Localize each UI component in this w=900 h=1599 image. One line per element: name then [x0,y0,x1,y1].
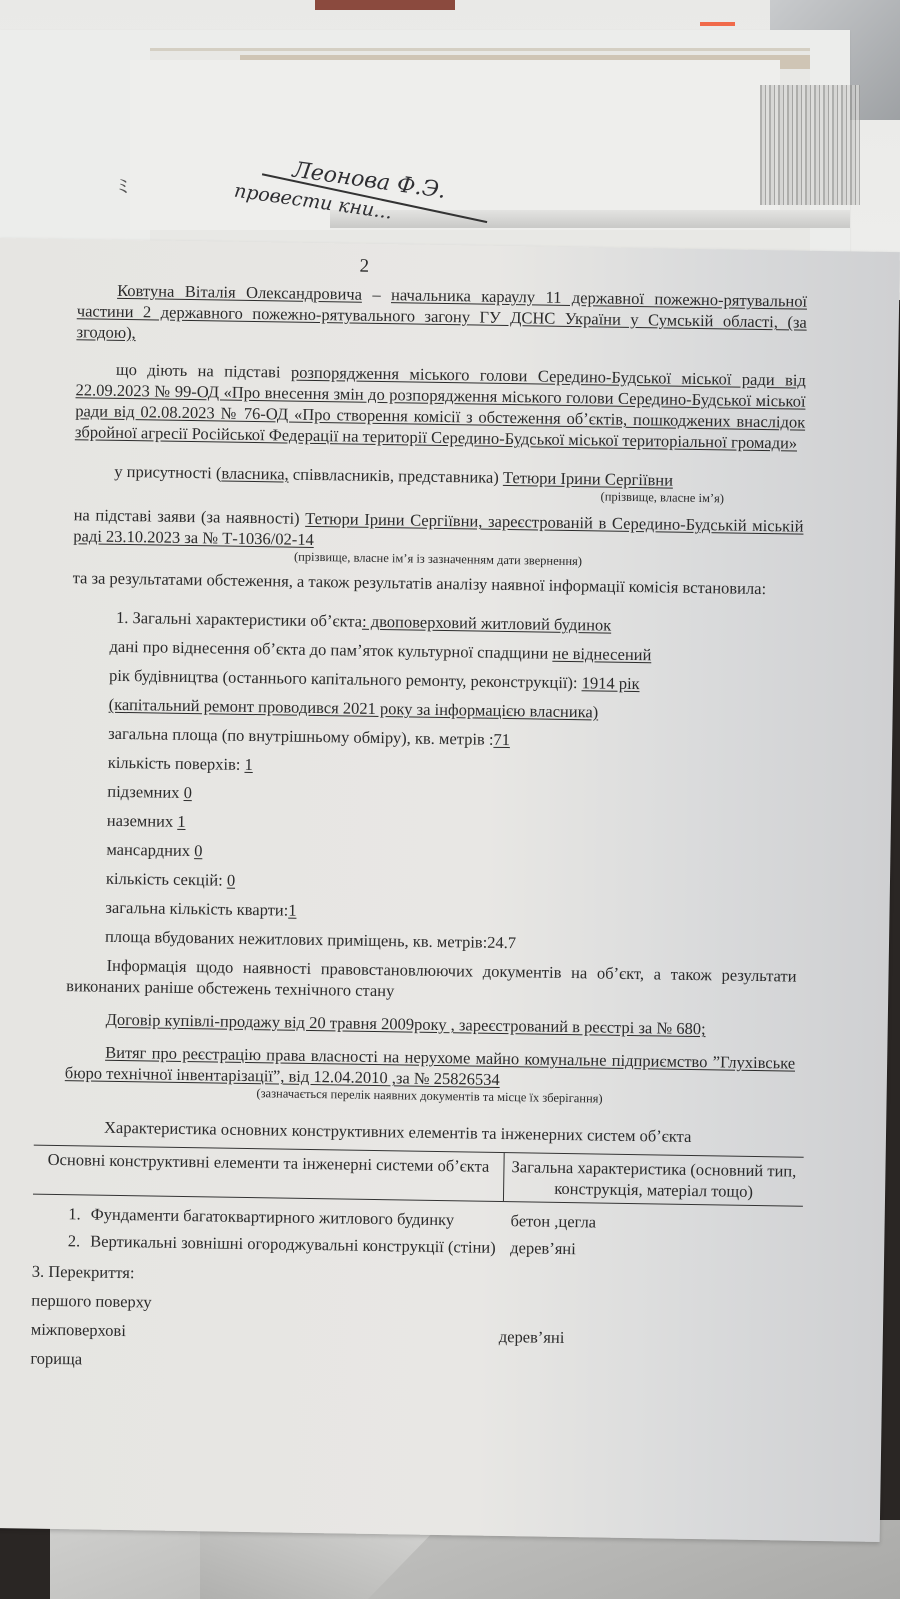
document-item: Договір купівлі-продажу від 20 травня 20… [66,1008,796,1040]
background-orange-mark [700,22,735,26]
characteristic-value: 0 [227,871,236,890]
row-characteristic: бетон ,цегла [500,1210,792,1236]
characteristic-label: мансардних [106,840,194,860]
characteristic-value: 1 [244,755,253,774]
characteristics-list: 1. Загальні характеристики об’єкта: двоп… [67,602,802,961]
row-element: Вертикальні зовнішні огороджувальні конс… [90,1231,500,1258]
presence-roles: співвласників, представника) [289,465,503,487]
characteristic-label: рік будівництва (останнього капітального… [109,666,582,692]
characteristic-label: загальна площа (по внутрішньому обміру),… [108,724,494,749]
row-number: 1. [33,1203,91,1225]
page-number: 2 [359,256,369,278]
table-body: 1. Фундаменти багатоквартирного житловог… [32,1203,793,1263]
presence-name: Тетюри Ірини Сергіївни [503,468,673,490]
documents-intro: Інформація щодо наявності правовстановлю… [66,954,797,1007]
document-body: Ковтуна Віталія Олександровича – начальн… [60,279,807,1384]
basis-prefix: що діють на підставі [116,360,291,382]
characteristic-value: 71 [493,730,510,749]
application-prefix: на підставі заяви (за наявності) [74,505,306,528]
row-element: горища [30,1344,498,1380]
document-page: 2 Ковтуна Віталія Олександровича – начал… [0,238,900,1542]
handwritten-mark: ﾐ [118,170,128,199]
characteristic-value: не віднесений [552,644,651,665]
characteristic-label: наземних [107,811,178,831]
presence-prefix: у присутності ( [114,462,221,483]
table-header-cell: Загальна характеристика (основний тип, к… [504,1153,804,1206]
commission-member: Ковтуна Віталія Олександровича – начальн… [76,279,807,353]
characteristic-value: (капітальний ремонт проводився 2021 року… [109,695,599,722]
row-characteristic: дерев’яні [499,1322,565,1352]
characteristic-value: 1 [177,812,186,831]
basis-paragraph: що діють на підставі розпорядження міськ… [75,358,806,453]
table-header-cell: Основні конструктивні елементи та інжене… [33,1146,505,1201]
characteristic-label: 1. Загальні характеристики об’єкта [116,608,362,631]
row-element: Фундаменти багатоквартирного житлового б… [91,1204,501,1231]
table-title: Характеристика основних конструктивних е… [64,1116,794,1148]
characteristic-value: : двоповерховий житловий будинок [362,612,611,635]
background-scanned-strip [760,85,860,205]
characteristic-value: 0 [184,783,193,802]
characteristic-label: загальна кількість кварти: [105,898,288,920]
table-header: Основні конструктивні елементи та інжене… [33,1145,804,1207]
presence-owner-role: власника, [221,464,289,484]
characteristic-value: 0 [194,841,203,860]
characteristic-label: підземних [107,782,184,802]
row-number: 2. [32,1230,90,1252]
row-characteristic: дерев’яні [500,1237,792,1263]
characteristic-value: 1 [288,901,297,920]
member-name: Ковтуна Віталія Олександровича [117,281,362,304]
characteristic-label: дані про віднесення об’єкта до пам’яток … [109,637,552,663]
dash: – [362,285,391,304]
section-floors: 3. Перекриття: першого поверху міжповерх… [30,1257,792,1385]
characteristic-label: кількість поверхів: [108,753,245,774]
background-red-object [315,0,455,10]
characteristic-label: площа вбудованих нежитлових приміщень, к… [105,927,516,952]
characteristic-value: 1914 рік [582,673,640,693]
results-intro: та за результатами обстеження, а також р… [73,567,803,599]
characteristic-label: кількість секцій: [106,869,227,890]
